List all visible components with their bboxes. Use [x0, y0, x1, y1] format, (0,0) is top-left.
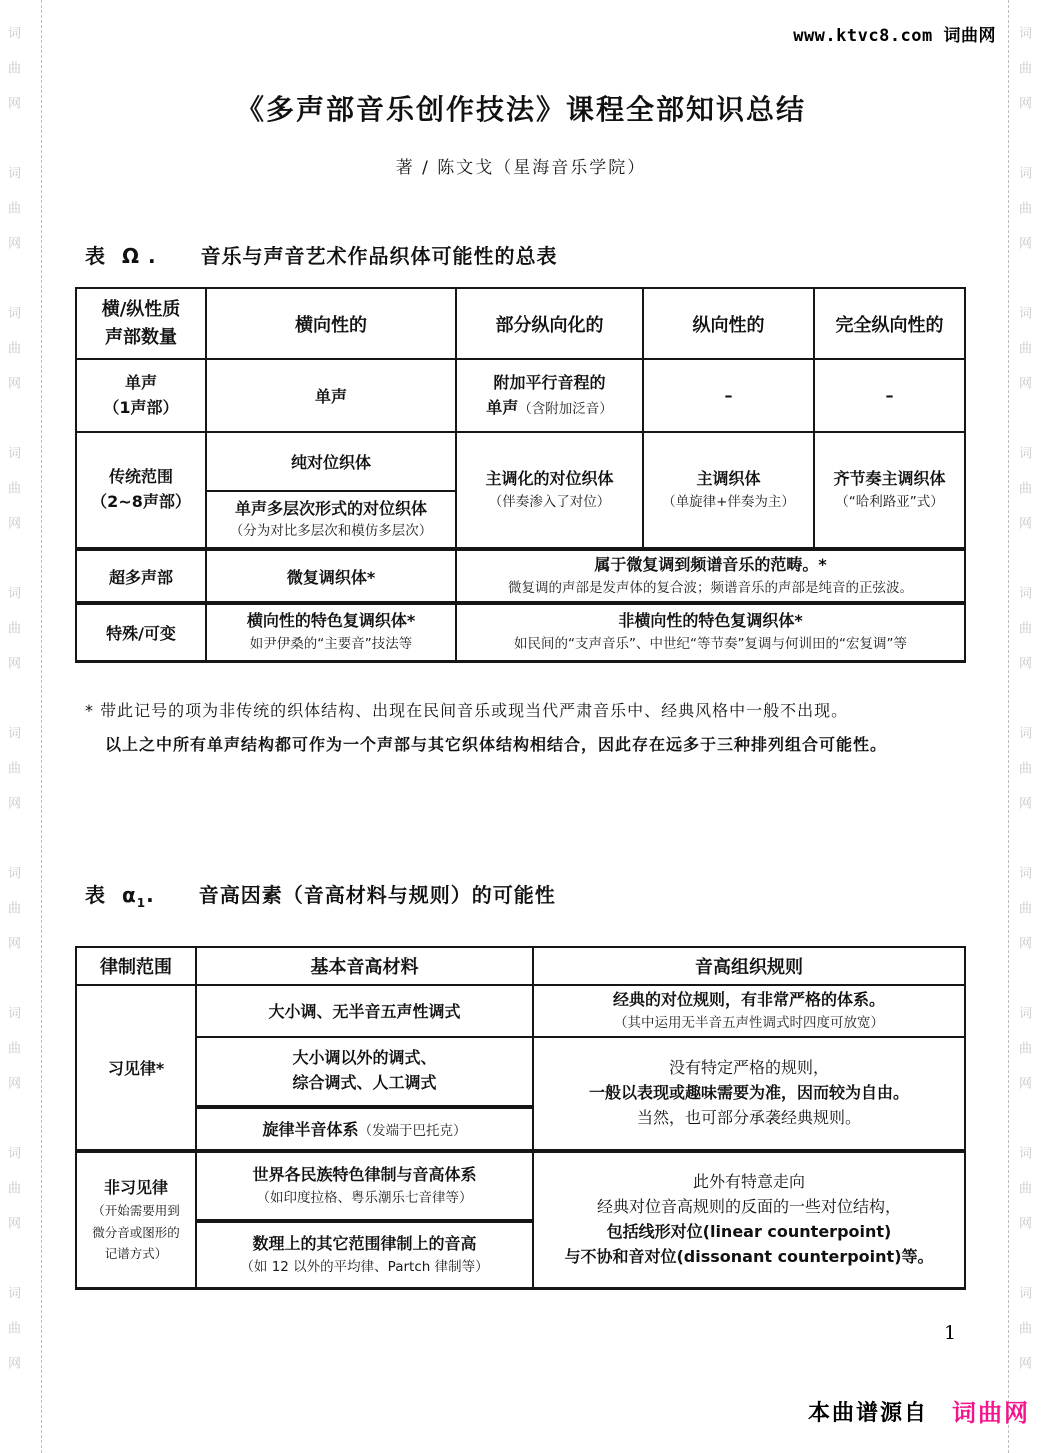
- cell-line: 一般以表现或趣味需要为准，因而较为自由。: [538, 1081, 960, 1106]
- cell-other-modes: 大小调以外的调式、 综合调式、人工调式: [196, 1037, 533, 1107]
- cell-major-minor-pentatonic: 大小调、无半音五声性调式: [196, 985, 533, 1037]
- row-label-line: 传统范围: [81, 465, 201, 490]
- cell-note: （伴奏渗入了对位）: [461, 492, 638, 513]
- table-omega-footnote: * 带此记号的项为非传统的织体结构、出现在民间音乐或现当代严肃音乐中、经典风格中…: [85, 694, 887, 762]
- cell-main: 数理上的其它范围律制上的音高: [201, 1232, 528, 1257]
- column-header: 横向性的: [206, 288, 456, 359]
- caption-label: 表: [85, 883, 106, 907]
- cell-horizontal-special-polyphony: 横向性的特色复调织体* 如尹伊桑的“主要音”技法等: [206, 603, 456, 661]
- document-author: 著 / 陈文戈（星海音乐学院）: [0, 153, 1042, 178]
- cell-mono-partly-vertical: 附加平行音程的 单声（含附加泛音）: [456, 359, 643, 432]
- cell-line: 当然，也可部分承袭经典规则。: [538, 1106, 960, 1131]
- left-side-watermark-text: 词曲网 词曲网 词曲网 词曲网 词曲网 词曲网 词曲网 词曲网 词曲网 词曲网: [6, 26, 19, 1426]
- table-alpha1-caption: 表α1.音高因素（音高材料与规则）的可能性: [85, 879, 556, 910]
- cell-main: 世界各民族特色律制与音高体系: [201, 1163, 528, 1188]
- footnote-line1: * 带此记号的项为非传统的织体结构、出现在民间音乐或现当代严肃音乐中、经典风格中…: [85, 694, 887, 728]
- row-label-line: （2~8声部）: [81, 490, 201, 515]
- cell-no-strict-rules: 没有特定严格的规则， 一般以表现或趣味需要为准，因而较为自由。 当然，也可部分承…: [533, 1037, 965, 1151]
- cell-note: 如民间的“支声音乐”、中世纪“等节奏”复调与何训田的“宏复调”等: [461, 634, 960, 655]
- row-label-supermultivoice: 超多声部: [76, 549, 206, 603]
- caption-title: 音乐与声音艺术作品织体可能性的总表: [201, 244, 558, 268]
- cell-mono-horizontal: 单声: [206, 359, 456, 432]
- cell-note: （“哈利路亚”式）: [819, 492, 960, 513]
- document-title: 《多声部音乐创作技法》课程全部知识总结: [0, 88, 1042, 128]
- corner-line2: 声部数量: [81, 324, 201, 352]
- row-label-mono: 单声 （1声部）: [76, 359, 206, 432]
- row-label-line: （1声部）: [81, 396, 201, 421]
- brand-credit: 词曲网: [952, 1393, 1030, 1428]
- cell-classic-counterpoint-rules: 经典的对位规则，有非常严格的体系。 （其中运用无半音五声性调式时四度可放宽）: [533, 985, 965, 1037]
- cell-micropolyphony-note: 属于微复调到频谱音乐的范畴。* 微复调的声部是发声体的复合波；频谱音乐的声部是纯…: [456, 549, 965, 603]
- cell-line: 与不协和音对位(dissonant counterpoint)等。: [538, 1245, 960, 1270]
- cell-line: 附加平行音程的: [461, 371, 638, 396]
- cell-melodic-chromaticism: 旋律半音体系（发端于巴托克）: [196, 1107, 533, 1151]
- cell-note: （单旋律+伴奏为主）: [648, 492, 809, 513]
- cell-note: 如尹伊桑的“主要音”技法等: [211, 634, 451, 655]
- cell-homophonic-counterpoint: 主调化的对位织体 （伴奏渗入了对位）: [456, 432, 643, 549]
- group-label-note: （开始需要用到: [81, 1200, 191, 1221]
- caption-label: 表: [85, 244, 106, 268]
- cell-nonhorizontal-special-polyphony: 非横向性的特色复调织体* 如民间的“支声音乐”、中世纪“等节奏”复调与何训田的“…: [456, 603, 965, 661]
- cell-note: （如印度拉格、粤乐潮乐七音律等）: [201, 1188, 528, 1209]
- column-header: 律制范围: [76, 947, 196, 985]
- left-dashed-rule: [41, 0, 42, 1453]
- corner-line1: 横/纵性质: [81, 296, 201, 324]
- cell-note: （发端于巴托克）: [359, 1123, 467, 1139]
- cell-main: 单声多层次形式的对位织体: [211, 497, 451, 522]
- column-header: 纵向性的: [643, 288, 814, 359]
- column-header: 基本音高材料: [196, 947, 533, 985]
- table-omega-caption: 表Ω .音乐与声音艺术作品织体可能性的总表: [85, 240, 558, 269]
- column-header: 音高组织规则: [533, 947, 965, 985]
- cell-note: （分为对比多层次和模仿多层次）: [211, 521, 451, 542]
- cell-main: 齐节奏主调织体: [819, 467, 960, 492]
- column-header: 部分纵向化的: [456, 288, 643, 359]
- texture-possibility-table: 横/纵性质 声部数量 横向性的 部分纵向化的 纵向性的 完全纵向性的 单声 （1…: [75, 287, 966, 663]
- column-header: 完全纵向性的: [814, 288, 965, 359]
- cell-line: 大小调以外的调式、: [201, 1046, 528, 1071]
- cell-note: 微复调的声部是发声体的复合波；频谱音乐的声部是纯音的正弦波。: [461, 578, 960, 599]
- cell-empty-dash: –: [814, 359, 965, 432]
- footnote-line2: 以上之中所有单声结构都可作为一个声部与其它织体结构相结合，因此存在远多于三种排列…: [105, 728, 887, 762]
- cell-line: 包括线形对位(linear counterpoint): [538, 1220, 960, 1245]
- caption-symbol-alpha: α: [122, 883, 137, 907]
- group-label-note: 微分音或图形的: [81, 1222, 191, 1243]
- cell-main: 主调织体: [648, 467, 809, 492]
- cell-isorhythmic-homophony: 齐节奏主调织体 （“哈利路亚”式）: [814, 432, 965, 549]
- cell-main: 经典的对位规则，有非常严格的体系。: [538, 988, 960, 1013]
- cell-mathematical-temperaments: 数理上的其它范围律制上的音高 （如 12 以外的平均律、Partch 律制等）: [196, 1221, 533, 1289]
- cell-main: 属于微复调到频谱音乐的范畴。*: [461, 553, 960, 578]
- cell-note: （含附加泛音）: [518, 401, 613, 417]
- group-label-main: 非习见律: [81, 1176, 191, 1201]
- caption-symbol: α1.: [122, 883, 155, 907]
- cell-micropolyphony: 微复调织体*: [206, 549, 456, 603]
- cell-line: 单声（含附加泛音）: [461, 396, 638, 421]
- document-page: 词曲网 词曲网 词曲网 词曲网 词曲网 词曲网 词曲网 词曲网 词曲网 词曲网 …: [0, 0, 1042, 1453]
- corner-header-cell: 横/纵性质 声部数量: [76, 288, 206, 359]
- cell-empty-dash: –: [643, 359, 814, 432]
- cell-main: 单声: [486, 398, 518, 417]
- caption-symbol-dot: .: [146, 883, 155, 907]
- group-label-uncommon-temperament: 非习见律 （开始需要用到 微分音或图形的 记谱方式）: [76, 1151, 196, 1289]
- cell-note: （如 12 以外的平均律、Partch 律制等）: [201, 1257, 528, 1278]
- site-watermark: www.ktvc8.com 词曲网: [793, 21, 996, 46]
- page-number: 1: [944, 1322, 956, 1344]
- cell-anti-classic-counterpoint: 此外有特意走向 经典对位音高规则的反面的一些对位结构， 包括线形对位(linea…: [533, 1151, 965, 1289]
- cell-line: 此外有特意走向: [538, 1170, 960, 1195]
- cell-main: 旋律半音体系: [262, 1120, 358, 1139]
- caption-symbol: Ω .: [122, 244, 157, 268]
- cell-line: 综合调式、人工调式: [201, 1071, 528, 1096]
- right-dashed-rule: [1008, 0, 1009, 1453]
- cell-world-temperaments: 世界各民族特色律制与音高体系 （如印度拉格、粤乐潮乐七音律等）: [196, 1151, 533, 1221]
- cell-homophonic-texture: 主调织体 （单旋律+伴奏为主）: [643, 432, 814, 549]
- cell-multilayer-counterpoint: 单声多层次形式的对位织体 （分为对比多层次和模仿多层次）: [206, 491, 456, 549]
- group-label-common-temperament: 习见律*: [76, 985, 196, 1151]
- cell-main: 主调化的对位织体: [461, 467, 638, 492]
- cell-note: （其中运用无半音五声性调式时四度可放宽）: [538, 1013, 960, 1034]
- credit-prefix: 本曲谱源自: [808, 1396, 928, 1427]
- caption-title: 音高因素（音高材料与规则）的可能性: [199, 883, 556, 907]
- row-label-special: 特殊/可变: [76, 603, 206, 661]
- cell-line: 没有特定严格的规则，: [538, 1056, 960, 1081]
- row-label-line: 单声: [81, 371, 201, 396]
- cell-line: 经典对位音高规则的反面的一些对位结构，: [538, 1195, 960, 1220]
- pitch-factor-table: 律制范围 基本音高材料 音高组织规则 习见律* 大小调、无半音五声性调式 经典的…: [75, 946, 966, 1290]
- row-label-traditional: 传统范围 （2~8声部）: [76, 432, 206, 549]
- cell-main: 横向性的特色复调织体*: [211, 609, 451, 634]
- group-label-note: 记谱方式）: [81, 1243, 191, 1264]
- cell-main: 非横向性的特色复调织体*: [461, 609, 960, 634]
- caption-symbol-subscript: 1: [137, 896, 146, 910]
- right-side-watermark-text: 词曲网 词曲网 词曲网 词曲网 词曲网 词曲网 词曲网 词曲网 词曲网 词曲网: [1017, 26, 1030, 1426]
- cell-pure-counterpoint: 纯对位织体: [206, 432, 456, 491]
